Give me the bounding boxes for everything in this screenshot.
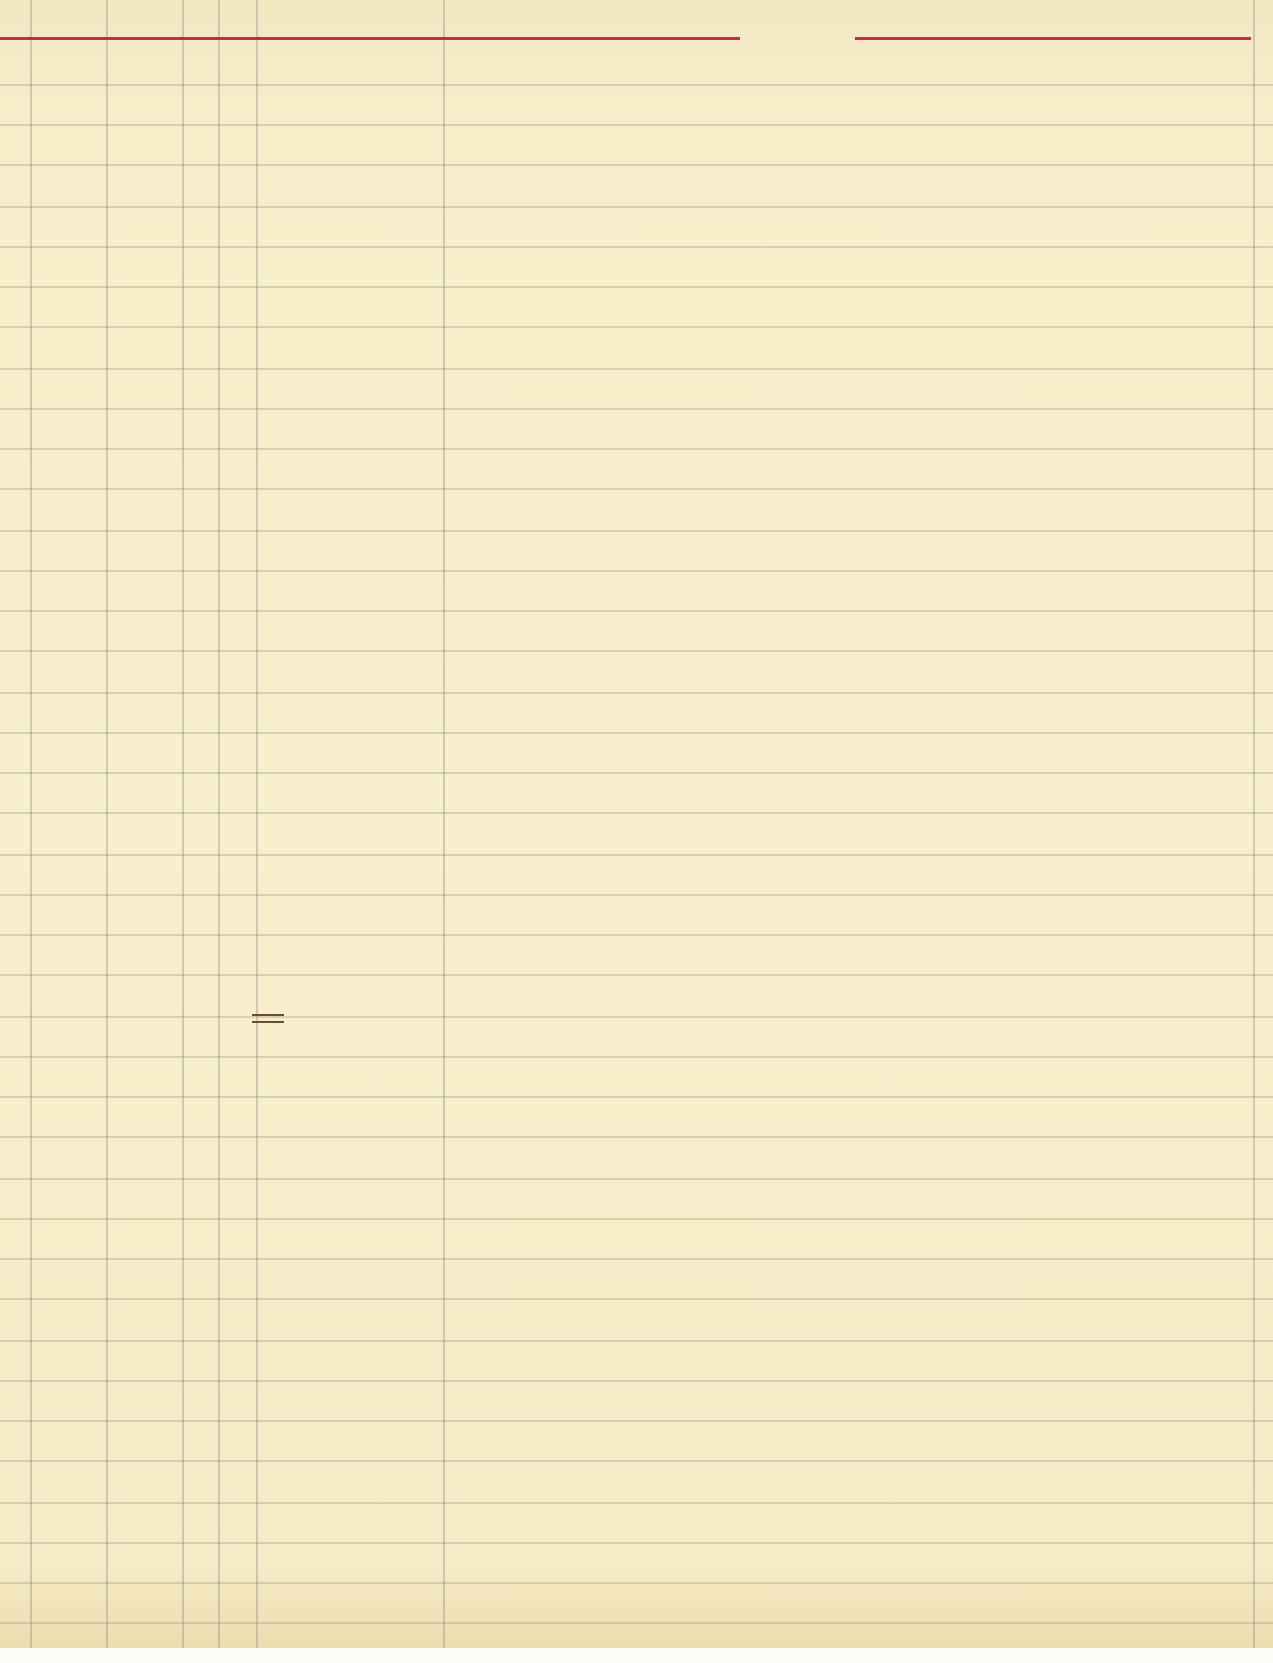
- rule-line: [0, 206, 1273, 208]
- column-line: [218, 0, 220, 1648]
- rule-line: [0, 1016, 1273, 1018]
- rule-line: [0, 692, 1273, 694]
- rule-line: [0, 812, 1273, 814]
- double-underline-mark: [252, 1014, 284, 1023]
- ledger-page: [0, 0, 1273, 1648]
- column-line: [256, 0, 258, 1648]
- column-line: [30, 0, 32, 1648]
- column-line: [182, 0, 184, 1648]
- column-line: [1253, 0, 1255, 1648]
- rule-line: [0, 1542, 1273, 1544]
- rule-line: [0, 1460, 1273, 1462]
- rule-line: [0, 124, 1273, 126]
- rule-line: [0, 1622, 1273, 1624]
- rule-line: [0, 1258, 1273, 1260]
- rule-line: [0, 448, 1273, 450]
- rule-line: [0, 1136, 1273, 1138]
- rule-line: [0, 488, 1273, 490]
- column-line: [106, 0, 108, 1648]
- rule-line: [0, 286, 1273, 288]
- column-line: [443, 0, 445, 1648]
- rule-line: [0, 732, 1273, 734]
- rule-line: [0, 772, 1273, 774]
- rule-line: [0, 854, 1273, 856]
- rule-line: [0, 610, 1273, 612]
- rule-line: [0, 1420, 1273, 1422]
- rule-line: [0, 84, 1273, 86]
- rule-line: [0, 1298, 1273, 1300]
- rule-line: [0, 1502, 1273, 1504]
- rule-line: [0, 530, 1273, 532]
- rule-line: [0, 1582, 1273, 1584]
- rule-line: [0, 1056, 1273, 1058]
- rule-line: [0, 1380, 1273, 1382]
- rule-line: [0, 570, 1273, 572]
- rule-line: [0, 894, 1273, 896]
- rule-line: [0, 1178, 1273, 1180]
- rule-line: [0, 1340, 1273, 1342]
- rule-line: [0, 1096, 1273, 1098]
- rule-line: [0, 650, 1273, 652]
- rule-line: [0, 246, 1273, 248]
- header-red-rule: [0, 37, 740, 40]
- rule-line: [0, 974, 1273, 976]
- rule-line: [0, 164, 1273, 166]
- scan-margin: [0, 1648, 1273, 1663]
- rule-line: [0, 1218, 1273, 1220]
- rule-line: [0, 934, 1273, 936]
- rule-line: [0, 368, 1273, 370]
- header-red-rule: [855, 37, 1251, 40]
- rule-line: [0, 326, 1273, 328]
- rule-line: [0, 408, 1273, 410]
